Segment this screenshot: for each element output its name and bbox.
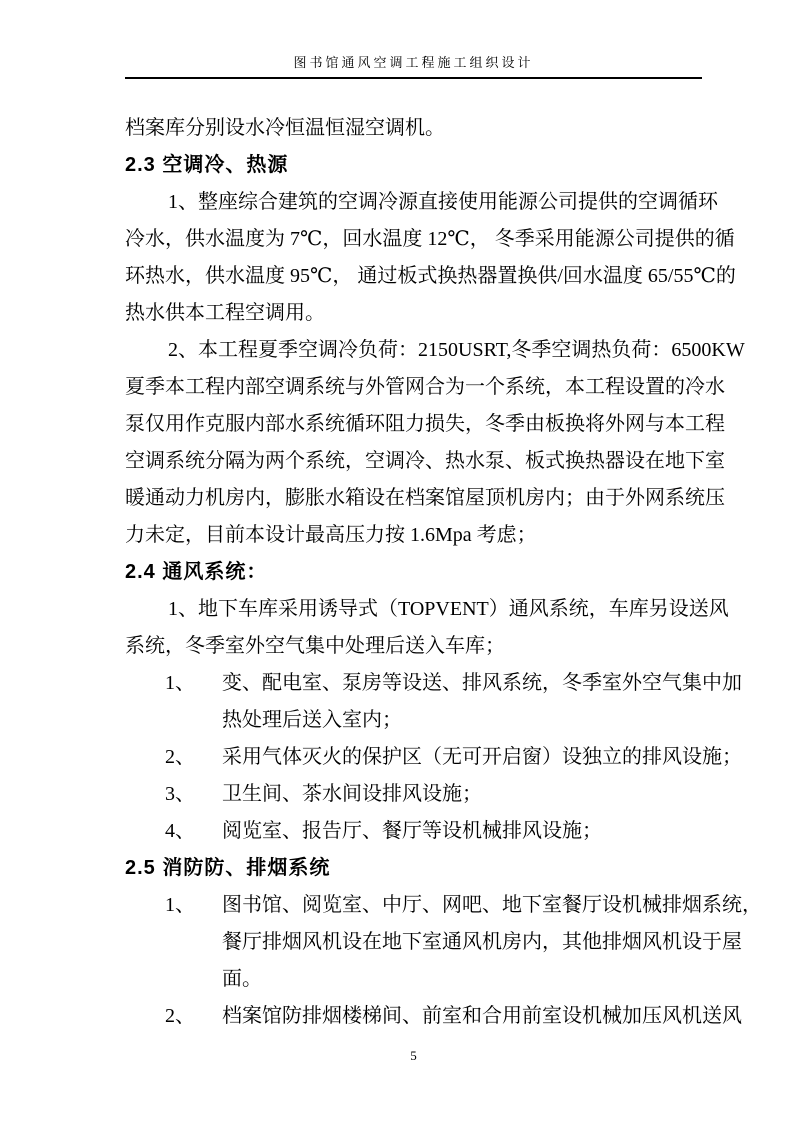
text-line: 卫生间、茶水间设排风设施； (222, 776, 702, 813)
text-line: 夏季本工程内部空调系统与外管网合为一个系统，本工程设置的冷水 (125, 369, 702, 406)
text-line: 冷水，供水温度为 7℃，回水温度 12℃， 冬季采用能源公司提供的循 (125, 221, 702, 258)
text-line: 档案馆防排烟楼梯间、前室和合用前室设机械加压风机送风 (222, 998, 702, 1035)
text-line: 环热水，供水温度 95℃， 通过板式换热器置换供/回水温度 65/55℃的 (125, 258, 702, 295)
text-line: 暖通动力机房内，膨胀水箱设在档案馆屋顶机房内；由于外网系统压 (125, 480, 702, 517)
list-marker: 1、 (165, 665, 222, 739)
paragraph: 档案库分别设水冷恒温恒湿空调机。 (125, 110, 702, 147)
text-line: 面。 (222, 961, 702, 998)
text-line: 泵仅用作克服内部水系统循环阻力损失，冬季由板换将外网与本工程 (125, 406, 702, 443)
list-item: 4、阅览室、报告厅、餐厅等设机械排风设施； (125, 813, 702, 850)
document-body: 档案库分别设水冷恒温恒湿空调机。2.3 空调冷、热源1、整座综合建筑的空调冷源直… (125, 110, 702, 1035)
text-line: 采用气体灭火的保护区（无可开启窗）设独立的排风设施； (222, 739, 702, 776)
text-line: 阅览室、报告厅、餐厅等设机械排风设施； (222, 813, 702, 850)
text-line: 2、本工程夏季空调冷负荷：2150USRT,冬季空调热负荷：6500KW (125, 332, 702, 369)
list-marker: 1、 (165, 887, 222, 998)
text-line: 热处理后送入室内； (222, 702, 702, 739)
paragraph: 2、本工程夏季空调冷负荷：2150USRT,冬季空调热负荷：6500KW夏季本工… (125, 332, 702, 554)
text-line: 热水供本工程空调用。 (125, 295, 702, 332)
list-item: 1、图书馆、阅览室、中厅、网吧、地下室餐厅设机械排烟系统，餐厅排烟风机设在地下室… (125, 887, 702, 998)
page-header: 图书馆通风空调工程施工组织设计 (125, 0, 702, 79)
text-line: 1、地下车库采用诱导式（TOPVENT）通风系统，车库另设送风 (125, 591, 702, 628)
list-text: 档案馆防排烟楼梯间、前室和合用前室设机械加压风机送风 (222, 998, 702, 1035)
text-line: 空调系统分隔为两个系统，空调冷、热水泵、板式换热器设在地下室 (125, 443, 702, 480)
header-title: 图书馆通风空调工程施工组织设计 (125, 52, 702, 71)
list-marker: 2、 (165, 739, 222, 776)
page-number: 5 (410, 1048, 417, 1063)
text-line: 力未定，目前本设计最高压力按 1.6Mpa 考虑； (125, 517, 702, 554)
section-heading: 2.5 消防防、排烟系统 (125, 850, 702, 887)
text-line: 图书馆、阅览室、中厅、网吧、地下室餐厅设机械排烟系统， (222, 887, 702, 924)
list-item: 2、采用气体灭火的保护区（无可开启窗）设独立的排风设施； (125, 739, 702, 776)
list-item: 3、卫生间、茶水间设排风设施； (125, 776, 702, 813)
list-marker: 4、 (165, 813, 222, 850)
text-line: 1、整座综合建筑的空调冷源直接使用能源公司提供的空调循环 (125, 184, 702, 221)
list-text: 图书馆、阅览室、中厅、网吧、地下室餐厅设机械排烟系统，餐厅排烟风机设在地下室通风… (222, 887, 702, 998)
text-line: 餐厅排烟风机设在地下室通风机房内，其他排烟风机设于屋 (222, 924, 702, 961)
list-item: 1、变、配电室、泵房等设送、排风系统，冬季室外空气集中加热处理后送入室内； (125, 665, 702, 739)
text-line: 档案库分别设水冷恒温恒湿空调机。 (125, 110, 702, 147)
document-page: 图书馆通风空调工程施工组织设计 档案库分别设水冷恒温恒湿空调机。2.3 空调冷、… (0, 0, 793, 1122)
list-item: 2、档案馆防排烟楼梯间、前室和合用前室设机械加压风机送风 (125, 998, 702, 1035)
list-text: 阅览室、报告厅、餐厅等设机械排风设施； (222, 813, 702, 850)
list-marker: 2、 (165, 998, 222, 1035)
text-line: 系统，冬季室外空气集中处理后送入车库； (125, 628, 702, 665)
list-text: 卫生间、茶水间设排风设施； (222, 776, 702, 813)
page-footer: 5 (125, 1048, 702, 1064)
section-heading: 2.4 通风系统： (125, 554, 702, 591)
list-text: 变、配电室、泵房等设送、排风系统，冬季室外空气集中加热处理后送入室内； (222, 665, 702, 739)
paragraph: 1、地下车库采用诱导式（TOPVENT）通风系统，车库另设送风系统，冬季室外空气… (125, 591, 702, 665)
text-line: 变、配电室、泵房等设送、排风系统，冬季室外空气集中加 (222, 665, 702, 702)
section-heading: 2.3 空调冷、热源 (125, 147, 702, 184)
list-text: 采用气体灭火的保护区（无可开启窗）设独立的排风设施； (222, 739, 702, 776)
paragraph: 1、整座综合建筑的空调冷源直接使用能源公司提供的空调循环冷水，供水温度为 7℃，… (125, 184, 702, 332)
list-marker: 3、 (165, 776, 222, 813)
